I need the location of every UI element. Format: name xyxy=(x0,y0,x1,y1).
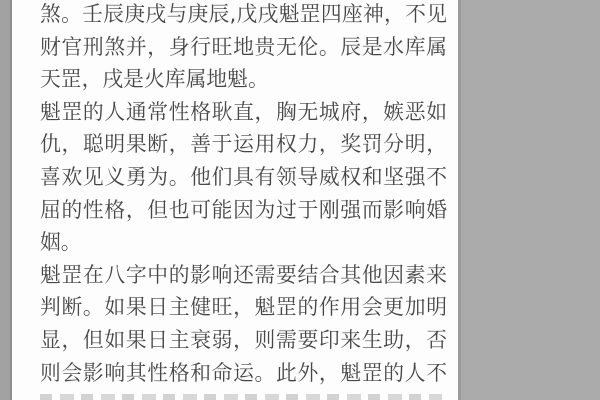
article-line: 煞。壬辰庚戌与庚辰,戊戌魁罡四座神，不见 xyxy=(40,0,447,31)
article-line: 屈的性格，但也可能因为过于刚强而影响婚 xyxy=(40,194,447,227)
left-gray-strip xyxy=(0,0,12,400)
article-line: 姻。 xyxy=(40,226,447,259)
screenshot-root: 煞。壬辰庚戌与庚辰,戊戌魁罡四座神，不见财官刑煞并，身行旺地贵无伦。辰是水库属天… xyxy=(0,0,600,400)
article-line: 则会影响其性格和命运。此外，魁罡的人不 xyxy=(40,357,447,390)
article-line: 喜欢见义勇为。他们具有领导威权和坚强不 xyxy=(40,161,447,194)
article-line: 魁罡在八字中的影响还需要结合其他因素来 xyxy=(40,259,447,292)
article-line: 天罡，戌是火库属地魁。 xyxy=(40,63,447,96)
article-text-block: 煞。壬辰庚戌与庚辰,戊戌魁罡四座神，不见财官刑煞并，身行旺地贵无伦。辰是水库属天… xyxy=(40,0,447,389)
right-gray-panel xyxy=(458,0,600,400)
article-line: 财官刑煞并，身行旺地贵无伦。辰是水库属 xyxy=(40,31,447,64)
clipped-bottom-line xyxy=(40,394,442,400)
article-line: 魁罡的人通常性格耿直，胸无城府，嫉恶如 xyxy=(40,96,447,129)
article-line: 判断。如果日主健旺，魁罡的作用会更加明 xyxy=(40,291,447,324)
article-line: 仇，聪明果断，善于运用权力，奖罚分明， xyxy=(40,128,447,161)
article-page: 煞。壬辰庚戌与庚辰,戊戌魁罡四座神，不见财官刑煞并，身行旺地贵无伦。辰是水库属天… xyxy=(12,0,458,400)
article-line: 显，但如果日主衰弱，则需要印来生助，否 xyxy=(40,324,447,357)
